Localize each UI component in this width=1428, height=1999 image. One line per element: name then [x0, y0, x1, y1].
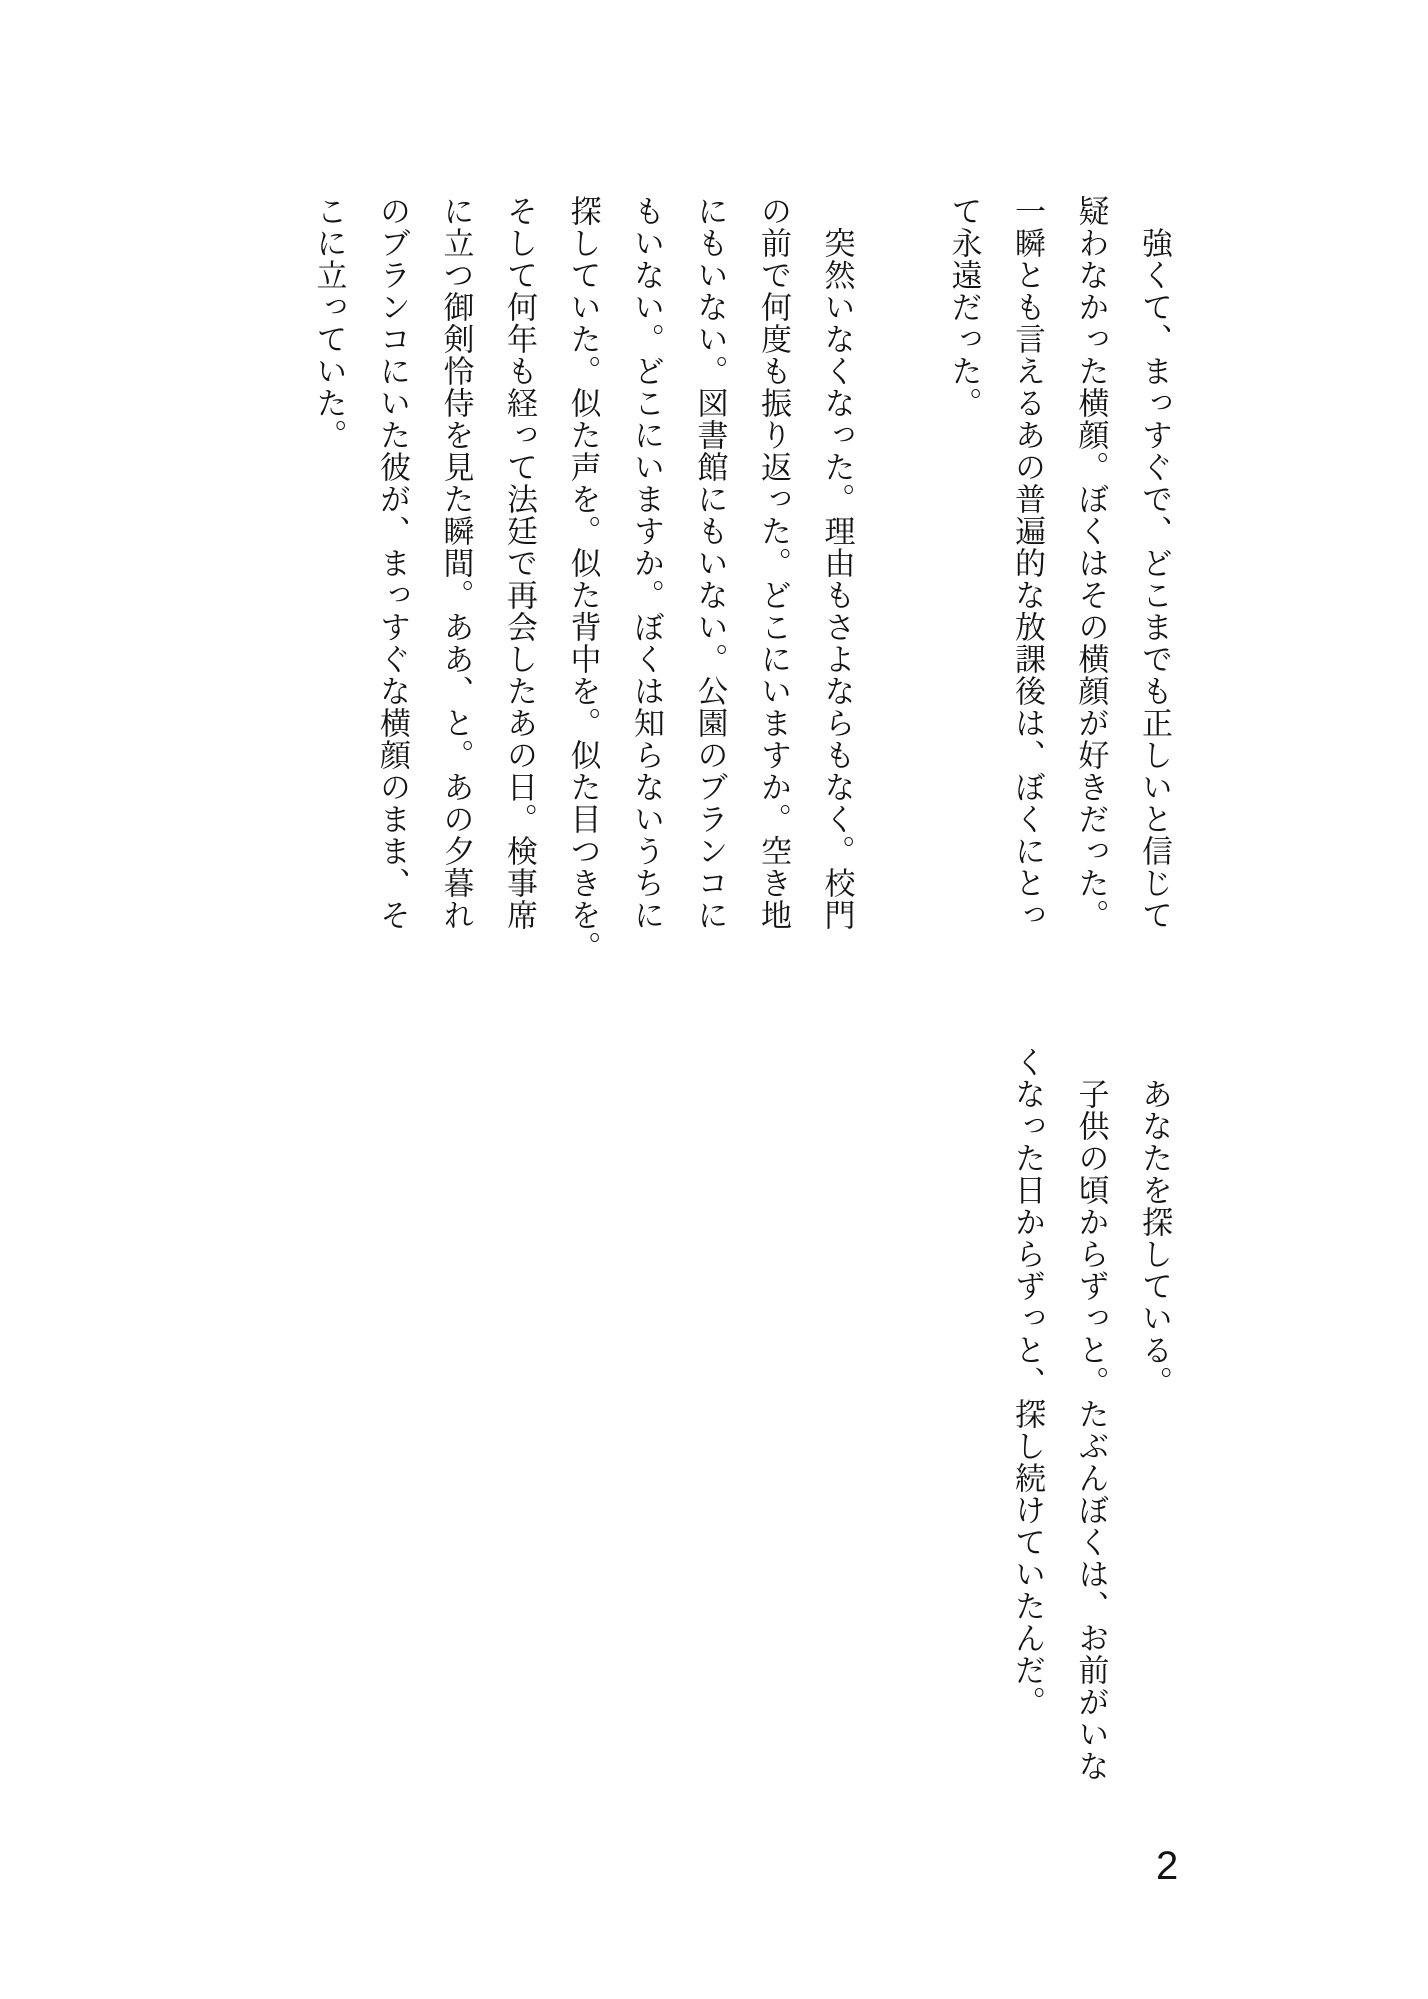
text-column: 疑わなかった横顔。ぼくはその横顔が好きだった。 [1059, 195, 1123, 932]
text-column: もいない。どこにいますか。ぼくは知らないうちに [615, 195, 679, 932]
text-column: あなたを探している。 [1123, 1046, 1187, 1783]
upper-text-block: 強くて、まっすぐで、どこまでも正しいと信じて疑わなかった横顔。ぼくはその横顔が好… [297, 195, 1186, 932]
lower-text-block: あなたを探している。 子供の頃からずっと。たぶんぼくは、お前がいなくなった日から… [996, 1046, 1187, 1783]
text-column: にもいない。図書館にもいない。公園のブランコに [678, 195, 742, 932]
page-number: 2 [1156, 1846, 1178, 1886]
text-column: の前で何度も振り返った。どこにいますか。空き地 [742, 195, 806, 932]
text-column: 探していた。似た声を。似た背中を。似た目つきを。 [551, 195, 615, 932]
text-column: 子供の頃からずっと。たぶんぼくは、お前がいな [1059, 1046, 1123, 1783]
text-column: そして何年も経って法廷で再会したあの日。検事席 [488, 195, 552, 932]
text-column: こに立っていた。 [297, 195, 361, 932]
text-column: 強くて、まっすぐで、どこまでも正しいと信じて [1123, 195, 1187, 932]
text-column: 一瞬とも言えるあの普遍的な放課後は、ぼくにとっ [996, 195, 1060, 932]
paragraph-separator-column [869, 195, 933, 932]
text-column: に立つ御剣怜侍を見た瞬間。ああ、と。あの夕暮れ [424, 195, 488, 932]
text-column: のブランコにいた彼が、まっすぐな横顔のまま、そ [361, 195, 425, 932]
page: 強くて、まっすぐで、どこまでも正しいと信じて疑わなかった横顔。ぼくはその横顔が好… [0, 0, 1428, 1999]
text-column: て永遠だった。 [932, 195, 996, 932]
text-column: 突然いなくなった。理由もさよならもなく。校門 [805, 195, 869, 932]
text-column: くなった日からずっと、探し続けていたんだ。 [996, 1046, 1060, 1783]
